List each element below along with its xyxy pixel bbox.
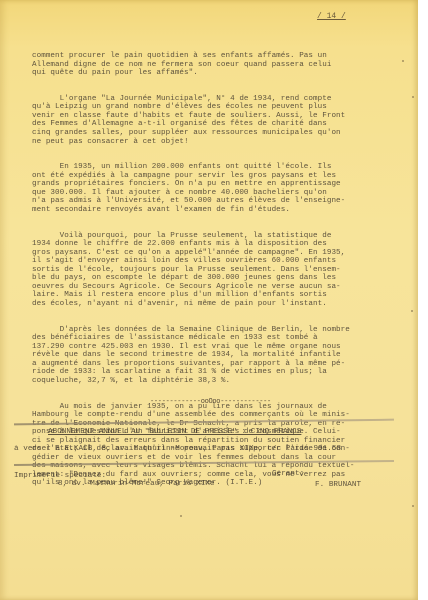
paragraph-1: comment procurer le pain quotidien à ses… [32, 52, 355, 78]
subscription-detail: à verser à E.KACB, 8, av. Mathurin-Morea… [14, 445, 341, 454]
printer-address: 8, av. Mathurin-Moreau, Paris XIXe [58, 480, 215, 489]
paper-speck [412, 96, 414, 98]
paper-speck [411, 310, 413, 312]
page-number: / 14 / [317, 12, 346, 21]
paragraph-2: L'organe "La Journée Municipale", N° 4 d… [32, 95, 355, 146]
paper-speck [412, 505, 414, 507]
manager-label: Gérant: [272, 470, 304, 479]
paragraph-5: D'après les données de la Semaine Cliniq… [32, 326, 355, 386]
paper-speck [402, 60, 404, 62]
paper-speck [180, 515, 182, 517]
paragraph-3: En 1935, un million 200.000 enfants ont … [32, 163, 355, 214]
section-separator: -------------ooOoo------------- [150, 398, 271, 406]
subscription-title: ABONNEMENT ANNUEL AU "BULLETIN DE PRESSE… [48, 428, 301, 437]
paragraph-4: Voilà pourquoi, pour la Prusse seulement… [32, 232, 355, 309]
manager-name: F. BRUNANT [315, 481, 361, 490]
document-page: / 14 / comment procurer le pain quotidie… [0, 0, 418, 600]
